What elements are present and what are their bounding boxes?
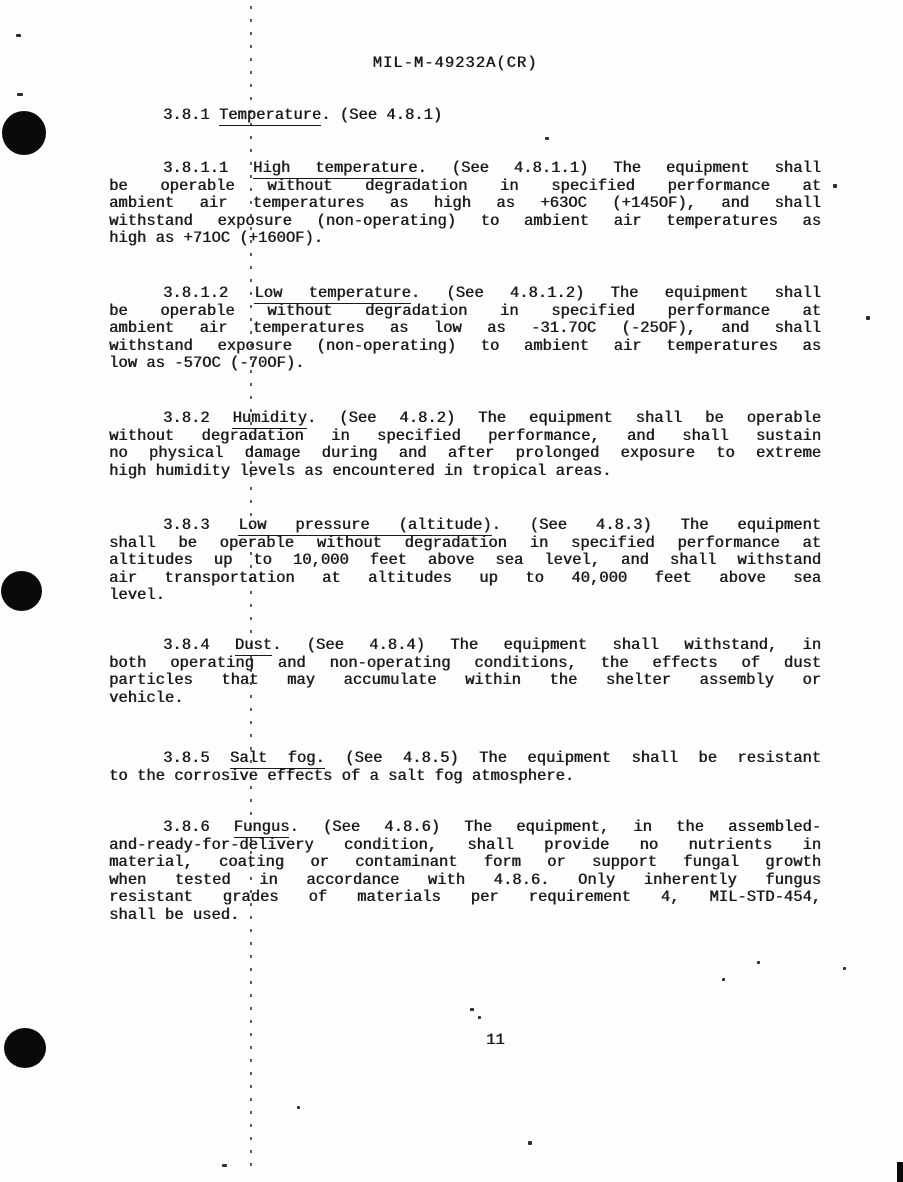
scan-speck <box>528 1141 532 1145</box>
text-line: 3.8.1 Temperature. (See 4.8.1) <box>109 107 821 125</box>
scan-speck <box>16 34 21 37</box>
section-heading: Low pressure (altitude) <box>238 516 491 536</box>
section-3-8-5-salt-fog: 3.8.5 Salt fog. (See 4.8.5) The equipmen… <box>109 750 821 785</box>
text-line: 3.8.6 Fungus. (See 4.8.6) The equipment,… <box>109 819 821 837</box>
text-line: 3.8.3 Low pressure (altitude). (See 4.8.… <box>109 517 821 535</box>
text-line: 3.8.1.1 High temperature. (See 4.8.1.1) … <box>109 160 821 178</box>
text-line: no physical damage during and after prol… <box>109 445 821 463</box>
scan-speck <box>757 961 760 964</box>
scan-speck <box>722 978 725 981</box>
text-line: vehicle. <box>109 690 821 708</box>
scan-edge-mark <box>897 1162 903 1182</box>
text-line: be operable without degradation in speci… <box>109 303 821 321</box>
text-line: high as +71OC (+160OF). <box>109 230 821 248</box>
text-line: withstand exposure (non-operating) to am… <box>109 338 821 356</box>
text-line: be operable without degradation in speci… <box>109 178 821 196</box>
text-line: 3.8.2 Humidity. (See 4.8.2) The equipmen… <box>109 410 821 428</box>
text-line: resistant grades of materials per requir… <box>109 889 821 907</box>
text-line: both operating and non-operating conditi… <box>109 655 821 673</box>
text-line: withstand exposure (non-operating) to am… <box>109 213 821 231</box>
section-heading: Dust <box>235 636 272 656</box>
text-line: shall be operable without degradation in… <box>109 535 821 553</box>
text-line: and-ready-for-delivery condition, shall … <box>109 837 821 855</box>
section-3-8-6-fungus: 3.8.6 Fungus. (See 4.8.6) The equipment,… <box>109 819 821 925</box>
scan-speck <box>833 184 837 188</box>
text-line: material, coating or contaminant form or… <box>109 854 821 872</box>
section-heading: Salt fog. <box>230 749 325 769</box>
section-3-8-1-2-low-temperature: 3.8.1.2 Low temperature. (See 4.8.1.2) T… <box>109 285 821 373</box>
text-line: 3.8.4 Dust. (See 4.8.4) The equipment sh… <box>109 637 821 655</box>
scan-speck <box>866 316 870 320</box>
scan-speck <box>478 1016 481 1019</box>
section-3-8-1-temperature: 3.8.1 Temperature. (See 4.8.1) <box>109 107 821 125</box>
section-heading: Humidity <box>232 409 306 429</box>
hole-punch-mark <box>1 571 42 611</box>
scan-speck <box>545 137 549 140</box>
section-3-8-1-1-high-temperature: 3.8.1.1 High temperature. (See 4.8.1.1) … <box>109 160 821 248</box>
text-line: particles that may accumulate within the… <box>109 672 821 690</box>
scan-speck <box>470 1008 474 1011</box>
text-line: high humidity levels as encountered in t… <box>109 463 821 481</box>
text-line: 3.8.1.2 Low temperature. (See 4.8.1.2) T… <box>109 285 821 303</box>
scan-speck <box>17 93 23 96</box>
section-heading: High temperature <box>253 159 417 179</box>
text-line: 3.8.5 Salt fog. (See 4.8.5) The equipmen… <box>109 750 821 768</box>
page-number: 11 <box>486 1031 505 1049</box>
section-3-8-3-low-pressure-altitude: 3.8.3 Low pressure (altitude). (See 4.8.… <box>109 517 821 605</box>
text-line: low as -57OC (-70OF). <box>109 355 821 373</box>
section-heading: Fungus <box>234 818 290 838</box>
scanned-document-page: MIL-M-49232A(CR) 3.8.1 Temperature. (See… <box>0 0 903 1182</box>
text-line: ambient air temperatures as low as -31.7… <box>109 320 821 338</box>
text-line: when tested in accordance with 4.8.6. On… <box>109 872 821 890</box>
text-line: ambient air temperatures as high as +63O… <box>109 195 821 213</box>
section-heading: Low temperature <box>254 284 410 304</box>
text-line: to the corrosive effects of a salt fog a… <box>109 768 821 786</box>
text-line: level. <box>109 587 821 605</box>
text-line: air transportation at altitudes up to 40… <box>109 570 821 588</box>
section-heading: Temperature <box>219 106 321 126</box>
section-3-8-2-humidity: 3.8.2 Humidity. (See 4.8.2) The equipmen… <box>109 410 821 480</box>
hole-punch-mark <box>4 1028 46 1068</box>
hole-punch-mark <box>2 111 46 155</box>
text-line: shall be used. <box>109 907 821 925</box>
section-3-8-4-dust: 3.8.4 Dust. (See 4.8.4) The equipment sh… <box>109 637 821 707</box>
text-line: altitudes up to 10,000 feet above sea le… <box>109 552 821 570</box>
scan-speck <box>222 1164 227 1167</box>
scan-speck <box>297 1106 300 1109</box>
text-line: without degradation in specified perform… <box>109 428 821 446</box>
doc-id-header: MIL-M-49232A(CR) <box>20 54 890 72</box>
scan-speck <box>843 967 846 970</box>
